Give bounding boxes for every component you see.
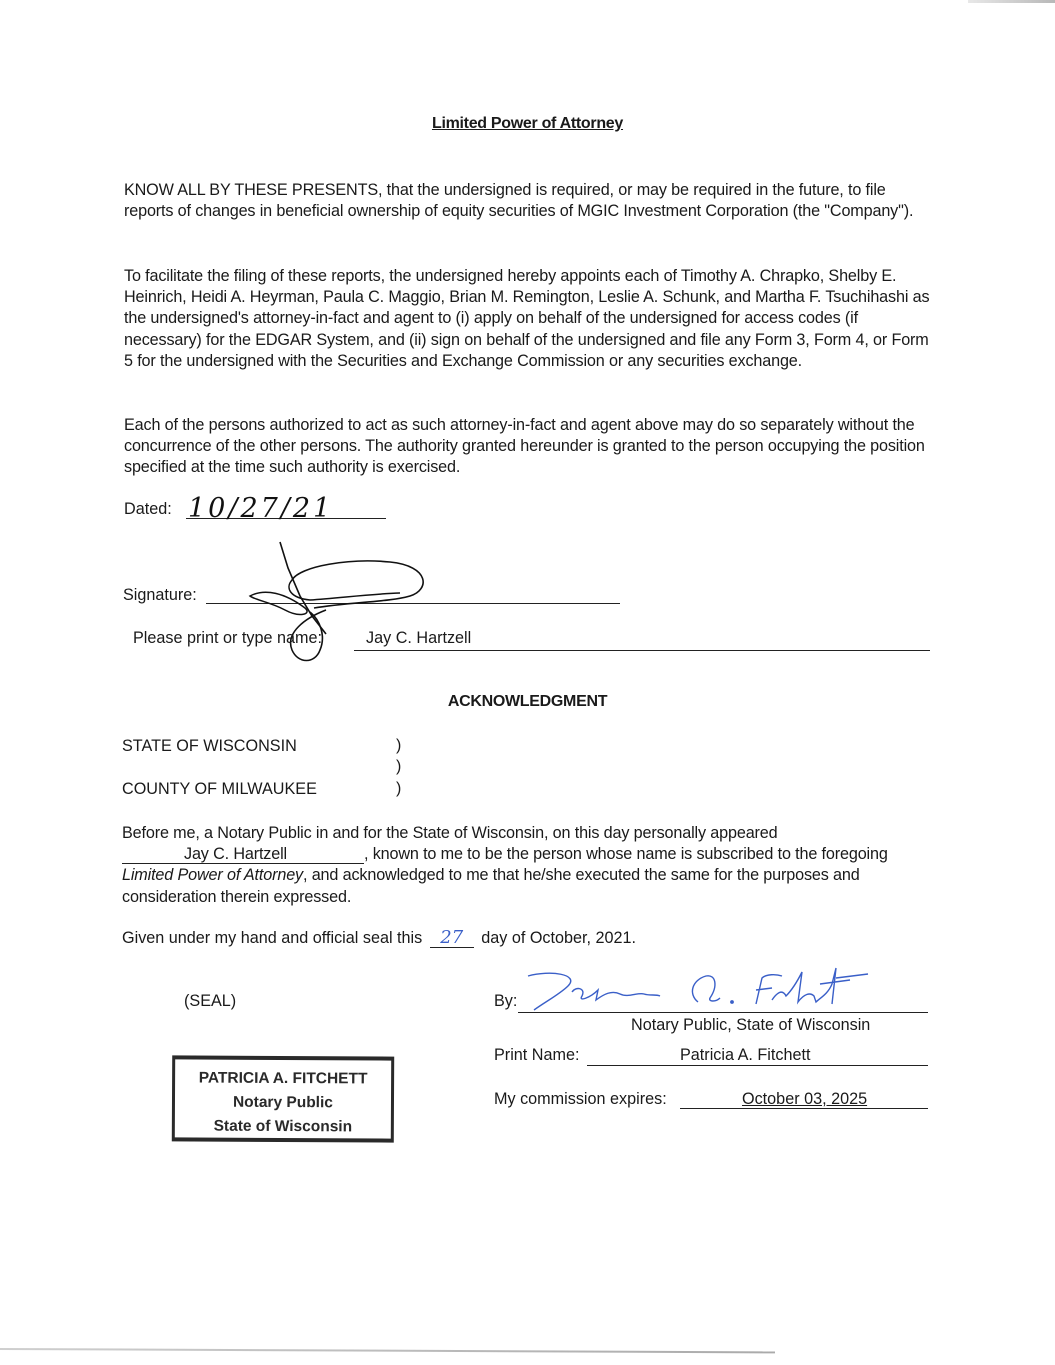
given-under-hand: Given under my hand and official seal th… [122, 929, 636, 948]
notary-caption: Notary Public, State of Wisconsin [631, 1016, 870, 1035]
notary-statement-intro: Before me, a Notary Public in and for th… [122, 824, 778, 842]
document-page: Limited Power of Attorney KNOW ALL BY TH… [0, 0, 1055, 1365]
notary-statement: Before me, a Notary Public in and for th… [122, 823, 922, 908]
venue-paren-2: ) [396, 758, 401, 776]
commission-expires-label: My commission expires: [494, 1090, 667, 1109]
signature-label: Signature: [123, 586, 197, 605]
document-title: Limited Power of Attorney [0, 115, 1055, 133]
appeared-name-fill: Jay C. Hartzell [122, 845, 364, 864]
venue-paren-1: ) [396, 737, 401, 755]
commission-expires-value: October 03, 2025 [742, 1090, 867, 1109]
given-suffix: day of October, 2021. [481, 929, 636, 947]
notary-print-name-line [587, 1065, 928, 1066]
notary-print-name-label: Print Name: [494, 1046, 579, 1065]
print-name-line [354, 650, 930, 651]
scan-edge-bottom [0, 1348, 775, 1353]
seal-label: (SEAL) [184, 992, 236, 1011]
notary-statement-doc-title: Limited Power of Attorney [122, 866, 303, 884]
stamp-line-state: State of Wisconsin [175, 1114, 391, 1139]
notary-print-name-value: Patricia A. Fitchett [680, 1046, 810, 1065]
print-name-value: Jay C. Hartzell [366, 629, 471, 648]
print-name-label: Please print or type name: [133, 629, 322, 648]
stamp-line-title: Notary Public [175, 1090, 391, 1115]
given-day-handwritten: 27 [430, 929, 474, 948]
paragraph-authority: Each of the persons authorized to act as… [124, 415, 934, 479]
paragraph-appointment: To facilitate the filing of these report… [124, 266, 934, 372]
signature-scribble-icon [240, 538, 440, 668]
by-label: By: [494, 992, 517, 1011]
venue-state: STATE OF WISCONSIN [122, 737, 297, 756]
notary-stamp: PATRICIA A. FITCHETT Notary Public State… [172, 1055, 394, 1142]
stamp-line-name: PATRICIA A. FITCHETT [175, 1066, 391, 1091]
venue-county: COUNTY OF MILWAUKEE [122, 780, 317, 799]
dated-label: Dated: [124, 500, 172, 519]
given-prefix: Given under my hand and official seal th… [122, 929, 422, 947]
dated-value-handwritten: 10/27/21 [188, 493, 333, 524]
acknowledgment-title: ACKNOWLEDGMENT [0, 693, 1055, 711]
venue-paren-3: ) [396, 780, 401, 798]
notary-statement-mid: , known to me to be the person whose nam… [364, 845, 888, 863]
scan-edge-top [968, 0, 1055, 3]
paragraph-know-all: KNOW ALL BY THESE PRESENTS, that the und… [124, 180, 934, 222]
notary-signature-scribble-icon [520, 964, 870, 1014]
